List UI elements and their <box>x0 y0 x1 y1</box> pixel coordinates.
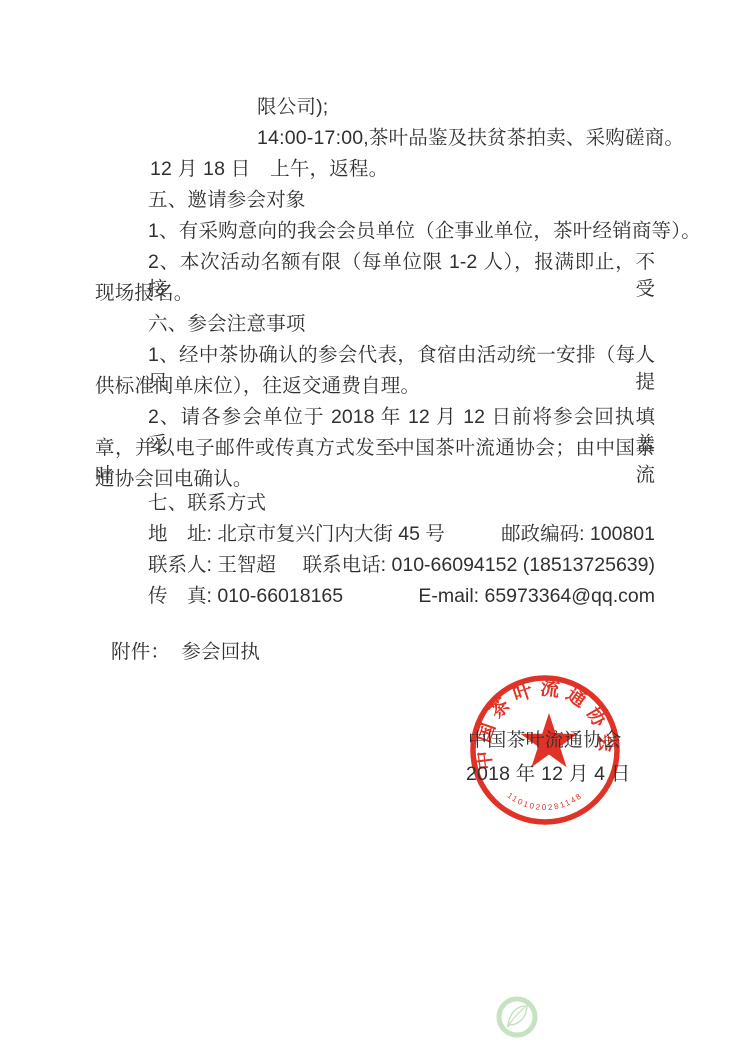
seal-code: 1101020281148 <box>506 791 585 812</box>
address-value: 地 址: 北京市复兴门内大街 45 号 <box>148 521 445 548</box>
contact-row-person: 联系人: 王智超 联系电话: 010-66094152 (18513725639… <box>148 552 655 579</box>
body-line: 限公司); <box>257 94 328 121</box>
body-line: 现场报名。 <box>95 280 194 307</box>
contact-row-address: 地 址: 北京市复兴门内大街 45 号 邮政编码: 100801 <box>148 521 655 548</box>
document-page: 限公司); 14:00-17:00,茶叶品鉴及扶贫茶拍卖、采购磋商。 12 月 … <box>0 0 750 1060</box>
contact-person-value: 联系人: 王智超 <box>148 552 276 579</box>
section-heading-5: 五、邀请参会对象 <box>148 187 306 214</box>
signature-date: 2018 年 12 月 4 日 <box>466 761 631 788</box>
leaf-watermark-icon <box>494 994 540 1040</box>
contact-row-fax: 传 真: 010-66018165 E-mail: 65973364@qq.co… <box>148 583 655 610</box>
body-line: 通协会回电确认。 <box>95 466 253 493</box>
attachment-note: 附件： 参会回执 <box>111 639 260 666</box>
fax-value: 传 真: 010-66018165 <box>148 583 343 610</box>
postcode-value: 邮政编码: 100801 <box>501 521 655 548</box>
body-line: 12 月 18 日 上午，返程。 <box>150 156 388 183</box>
section-heading-6: 六、参会注意事项 <box>148 311 306 338</box>
svg-text:1101020281148: 1101020281148 <box>506 791 585 812</box>
body-line: 供标准间单床位），往返交通费自理。 <box>95 373 420 400</box>
body-line: 1、有采购意向的我会会员单位（企事业单位，茶叶经销商等）。 <box>148 218 701 245</box>
section-heading-7: 七、联系方式 <box>148 490 266 517</box>
signature-org: 中国茶叶流通协会 <box>468 727 622 754</box>
body-line: 14:00-17:00,茶叶品鉴及扶贫茶拍卖、采购磋商。 <box>257 125 684 152</box>
body-line: 2、本次活动名额有限（每单位限 1-2 人），报满即止，不接受 <box>148 249 655 303</box>
phone-value: 联系电话: 010-66094152 (18513725639) <box>303 552 655 579</box>
email-value: E-mail: 65973364@qq.com <box>418 583 655 610</box>
